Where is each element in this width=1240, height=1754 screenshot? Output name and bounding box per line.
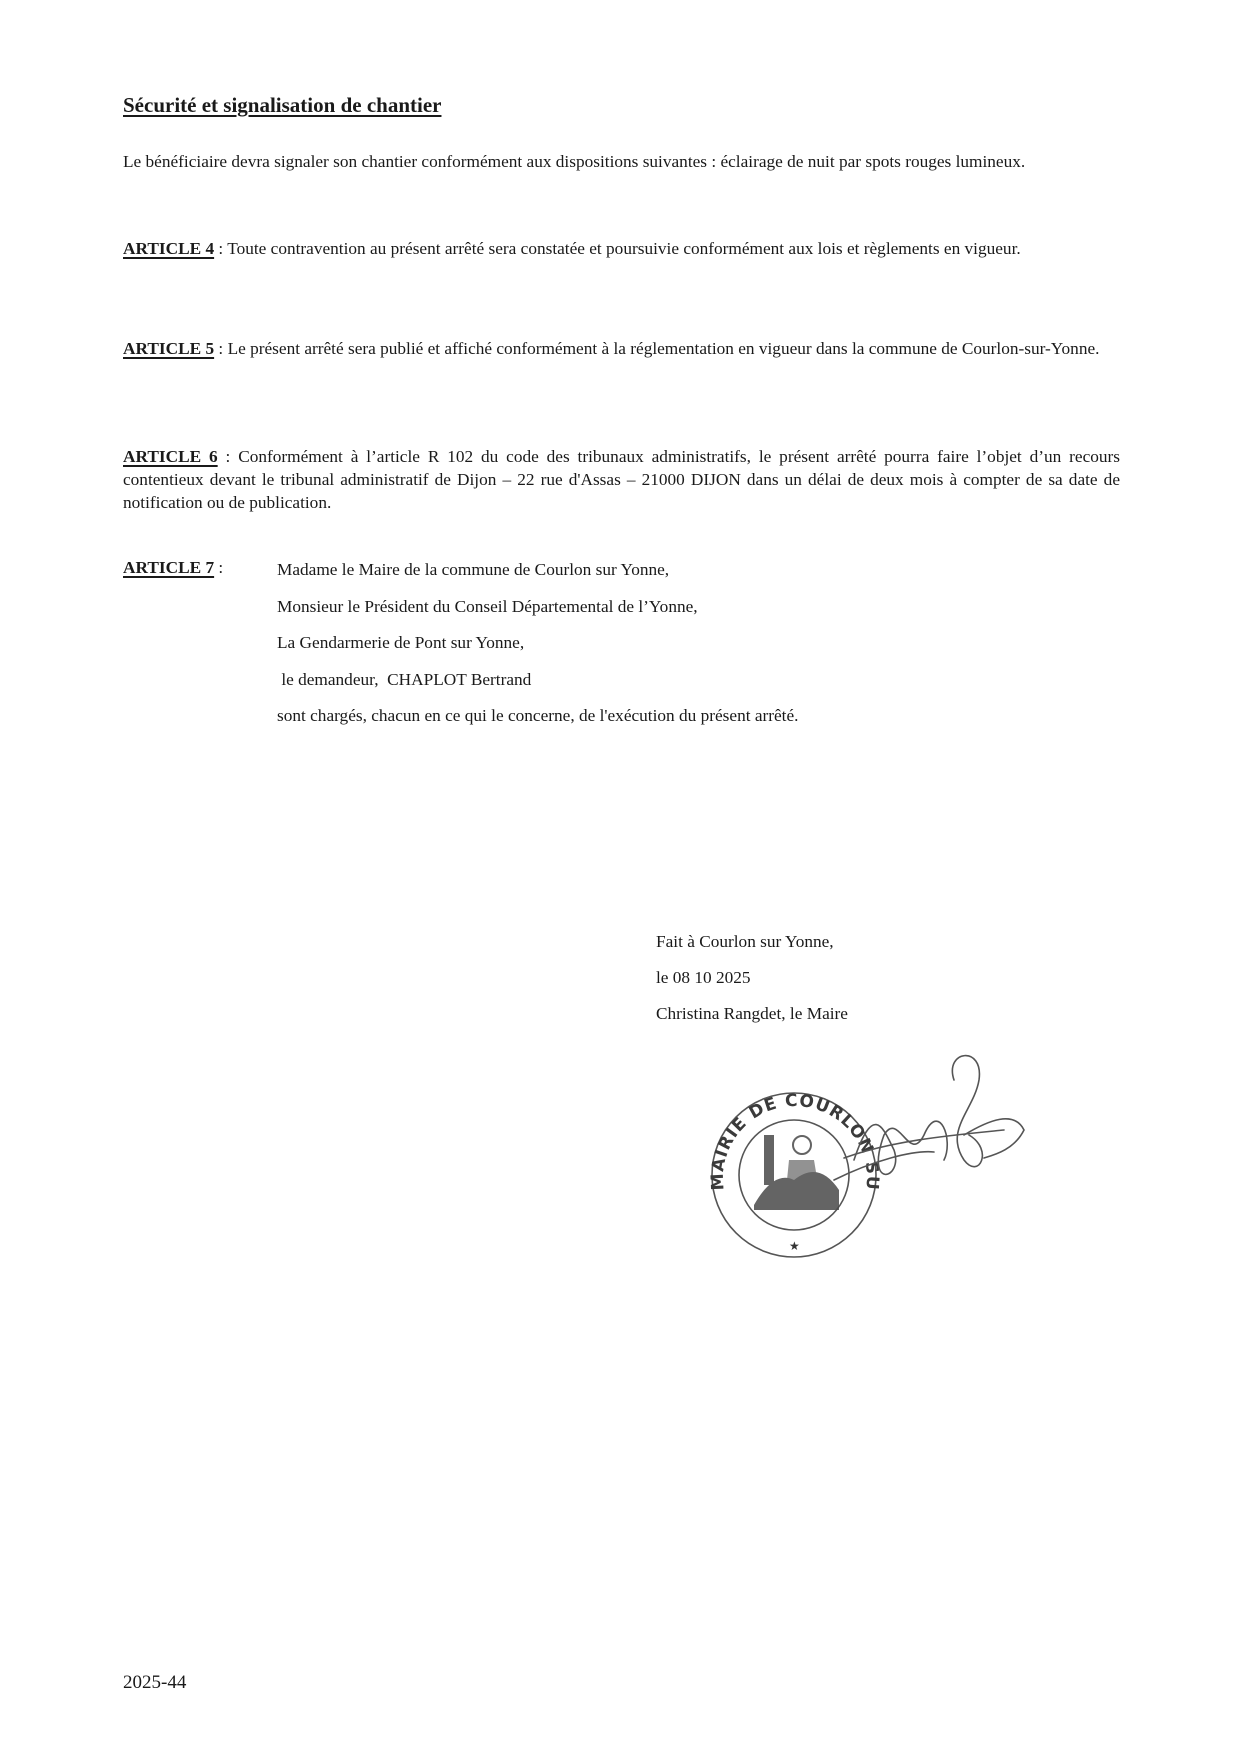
article-7-separator: :	[214, 558, 223, 577]
article-7-line: La Gendarmerie de Pont sur Yonne,	[277, 631, 798, 668]
article-7-recipients: Madame le Maire de la commune de Courlon…	[277, 558, 798, 741]
seal-emblem-icon	[754, 1135, 839, 1210]
article-5: ARTICLE 5 : Le présent arrêté sera publi…	[123, 337, 1120, 360]
document-page: Sécurité et signalisation de chantier Le…	[0, 0, 1240, 1754]
article-6-text: Conformément à l’article R 102 du code d…	[123, 447, 1120, 512]
article-6-label: ARTICLE 6	[123, 447, 218, 466]
section-heading: Sécurité et signalisation de chantier	[123, 93, 441, 118]
article-4-separator: :	[214, 239, 227, 258]
town-seal-with-signature: MAIRIE DE COURLON SUR YONNE ★	[694, 1040, 1034, 1260]
seal-star-icon: ★	[789, 1239, 800, 1253]
signatory-name: Christina Rangdet, le Maire	[656, 1002, 848, 1038]
article-6: ARTICLE 6 : Conformément à l’article R 1…	[123, 445, 1120, 514]
intro-paragraph: Le bénéficiaire devra signaler son chant…	[123, 150, 1120, 173]
article-4-text: Toute contravention au présent arrêté se…	[227, 239, 1020, 258]
signature-date: le 08 10 2025	[656, 966, 848, 1002]
article-7-line: Madame le Maire de la commune de Courlon…	[277, 558, 798, 595]
article-7-line: Monsieur le Président du Conseil Départe…	[277, 595, 798, 632]
article-5-text: Le présent arrêté sera publié et affiché…	[228, 339, 1100, 358]
article-7-line: le demandeur, CHAPLOT Bertrand	[277, 668, 798, 705]
article-7-label: ARTICLE 7	[123, 558, 214, 577]
document-reference: 2025-44	[123, 1672, 186, 1694]
signature-block: Fait à Courlon sur Yonne, le 08 10 2025 …	[656, 930, 848, 1038]
article-4: ARTICLE 4 : Toute contravention au prése…	[123, 237, 1120, 260]
article-7-line: sont chargés, chacun en ce qui le concer…	[277, 704, 798, 741]
signature-place: Fait à Courlon sur Yonne,	[656, 930, 848, 966]
article-6-separator: :	[218, 447, 239, 466]
article-4-label: ARTICLE 4	[123, 239, 214, 258]
article-7-label-block: ARTICLE 7 :	[123, 558, 223, 578]
article-5-separator: :	[214, 339, 227, 358]
article-5-label: ARTICLE 5	[123, 339, 214, 358]
